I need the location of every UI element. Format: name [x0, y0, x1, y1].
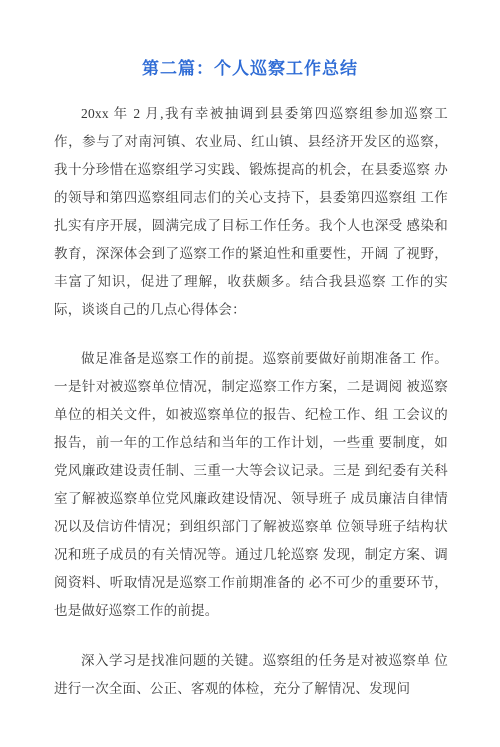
paragraph-intro: 20xx 年 2 月,我有幸被抽调到县委第四巡察组参加巡察工 作，参与了对南河镇… [54, 100, 448, 324]
paragraph-preparation: 做足准备是巡察工作的前提。巡察前要做好前期准备工 作。一是针对被巡察单位情况，制… [54, 345, 448, 625]
paragraph-study: 深入学习是找准问题的关键。巡察组的任务是对被巡察单 位进行一次全面、公正、客观的… [54, 647, 448, 703]
document-body: 20xx 年 2 月,我有幸被抽调到县委第四巡察组参加巡察工 作，参与了对南河镇… [0, 100, 500, 703]
document-title: 第二篇：个人巡察工作总结 [0, 0, 500, 82]
document-page: 第二篇：个人巡察工作总结 20xx 年 2 月,我有幸被抽调到县委第四巡察组参加… [0, 0, 500, 747]
